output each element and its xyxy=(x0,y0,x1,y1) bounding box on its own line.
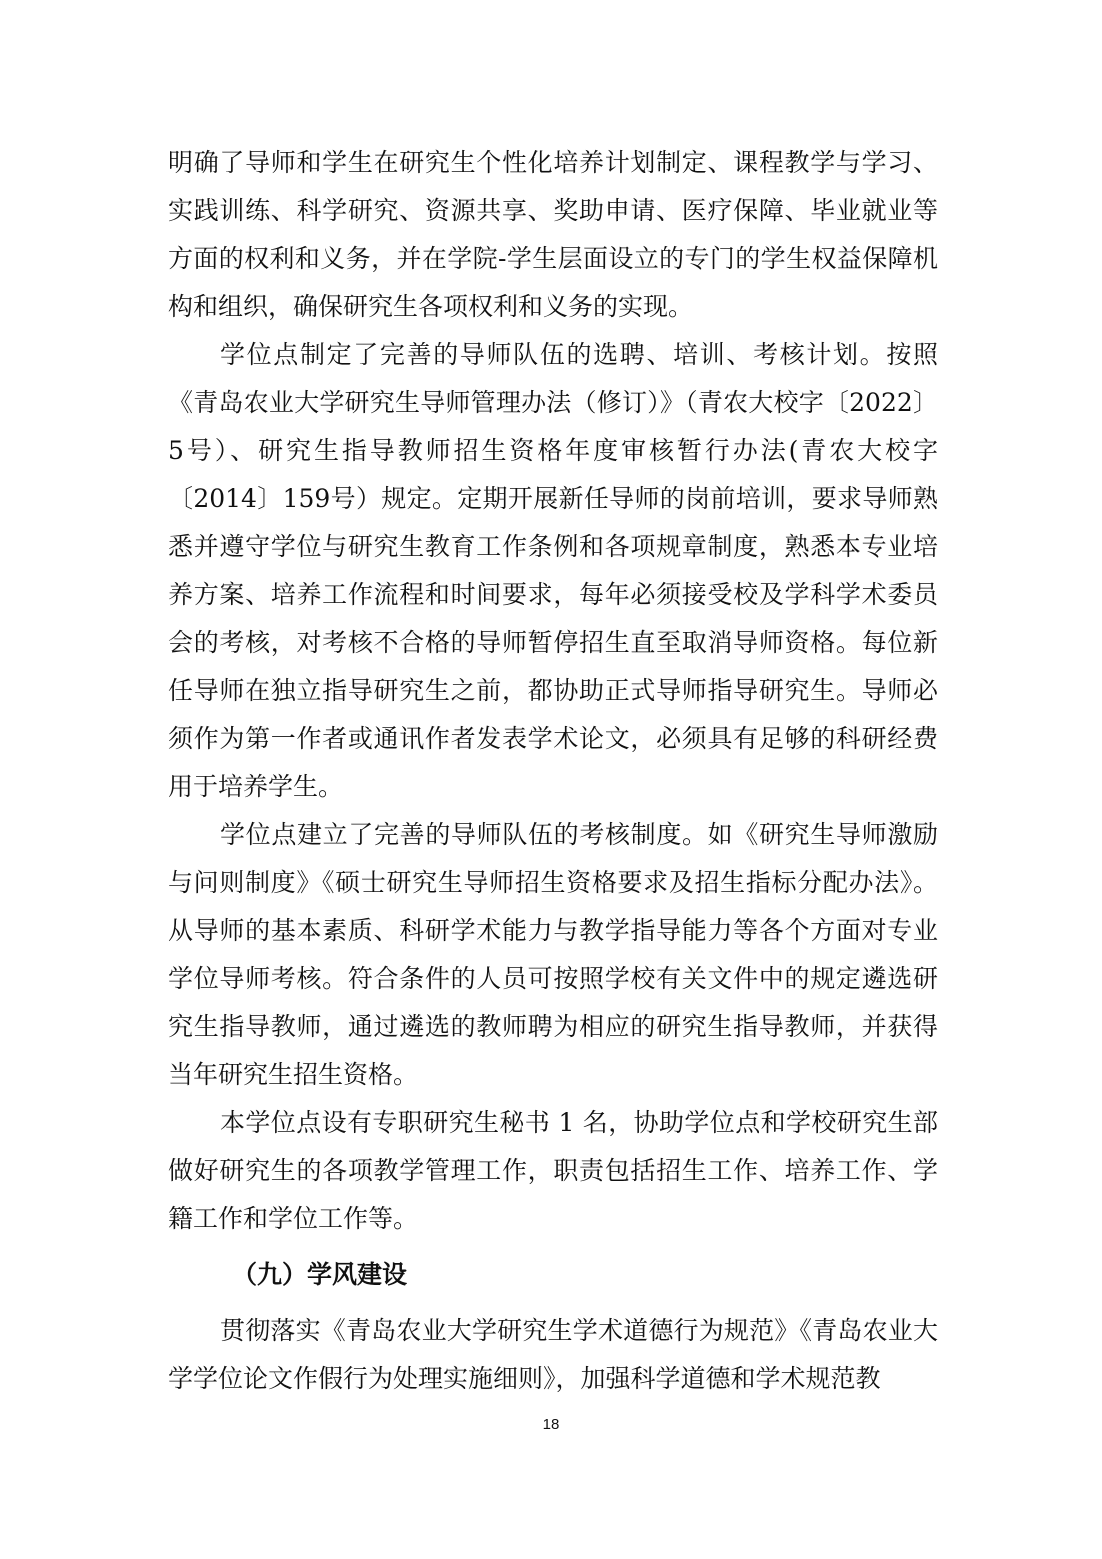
document-page: 明确了导师和学生在研究生个性化培养计划制定、课程教学与学习、实践训练、科学研究、… xyxy=(0,0,1102,1559)
paragraph-student-rights: 明确了导师和学生在研究生个性化培养计划制定、课程教学与学习、实践训练、科学研究、… xyxy=(168,139,938,331)
paragraph-graduate-secretary: 本学位点设有专职研究生秘书 1 名，协助学位点和学校研究生部做好研究生的各项教学… xyxy=(168,1099,938,1243)
paragraph-academic-ethics: 贯彻落实《青岛农业大学研究生学术道德行为规范》《青岛农业大学学位论文作假行为处理… xyxy=(168,1307,938,1403)
page-number: 18 xyxy=(0,1416,1102,1433)
document-body: 明确了导师和学生在研究生个性化培养计划制定、课程教学与学习、实践训练、科学研究、… xyxy=(168,139,938,1403)
section-heading-academic-style: （九）学风建设 xyxy=(168,1243,938,1307)
paragraph-supervisor-selection-training: 学位点制定了完善的导师队伍的选聘、培训、考核计划。按照《青岛农业大学研究生导师管… xyxy=(168,331,938,811)
paragraph-supervisor-assessment: 学位点建立了完善的导师队伍的考核制度。如《研究生导师激励与问则制度》《硕士研究生… xyxy=(168,811,938,1099)
